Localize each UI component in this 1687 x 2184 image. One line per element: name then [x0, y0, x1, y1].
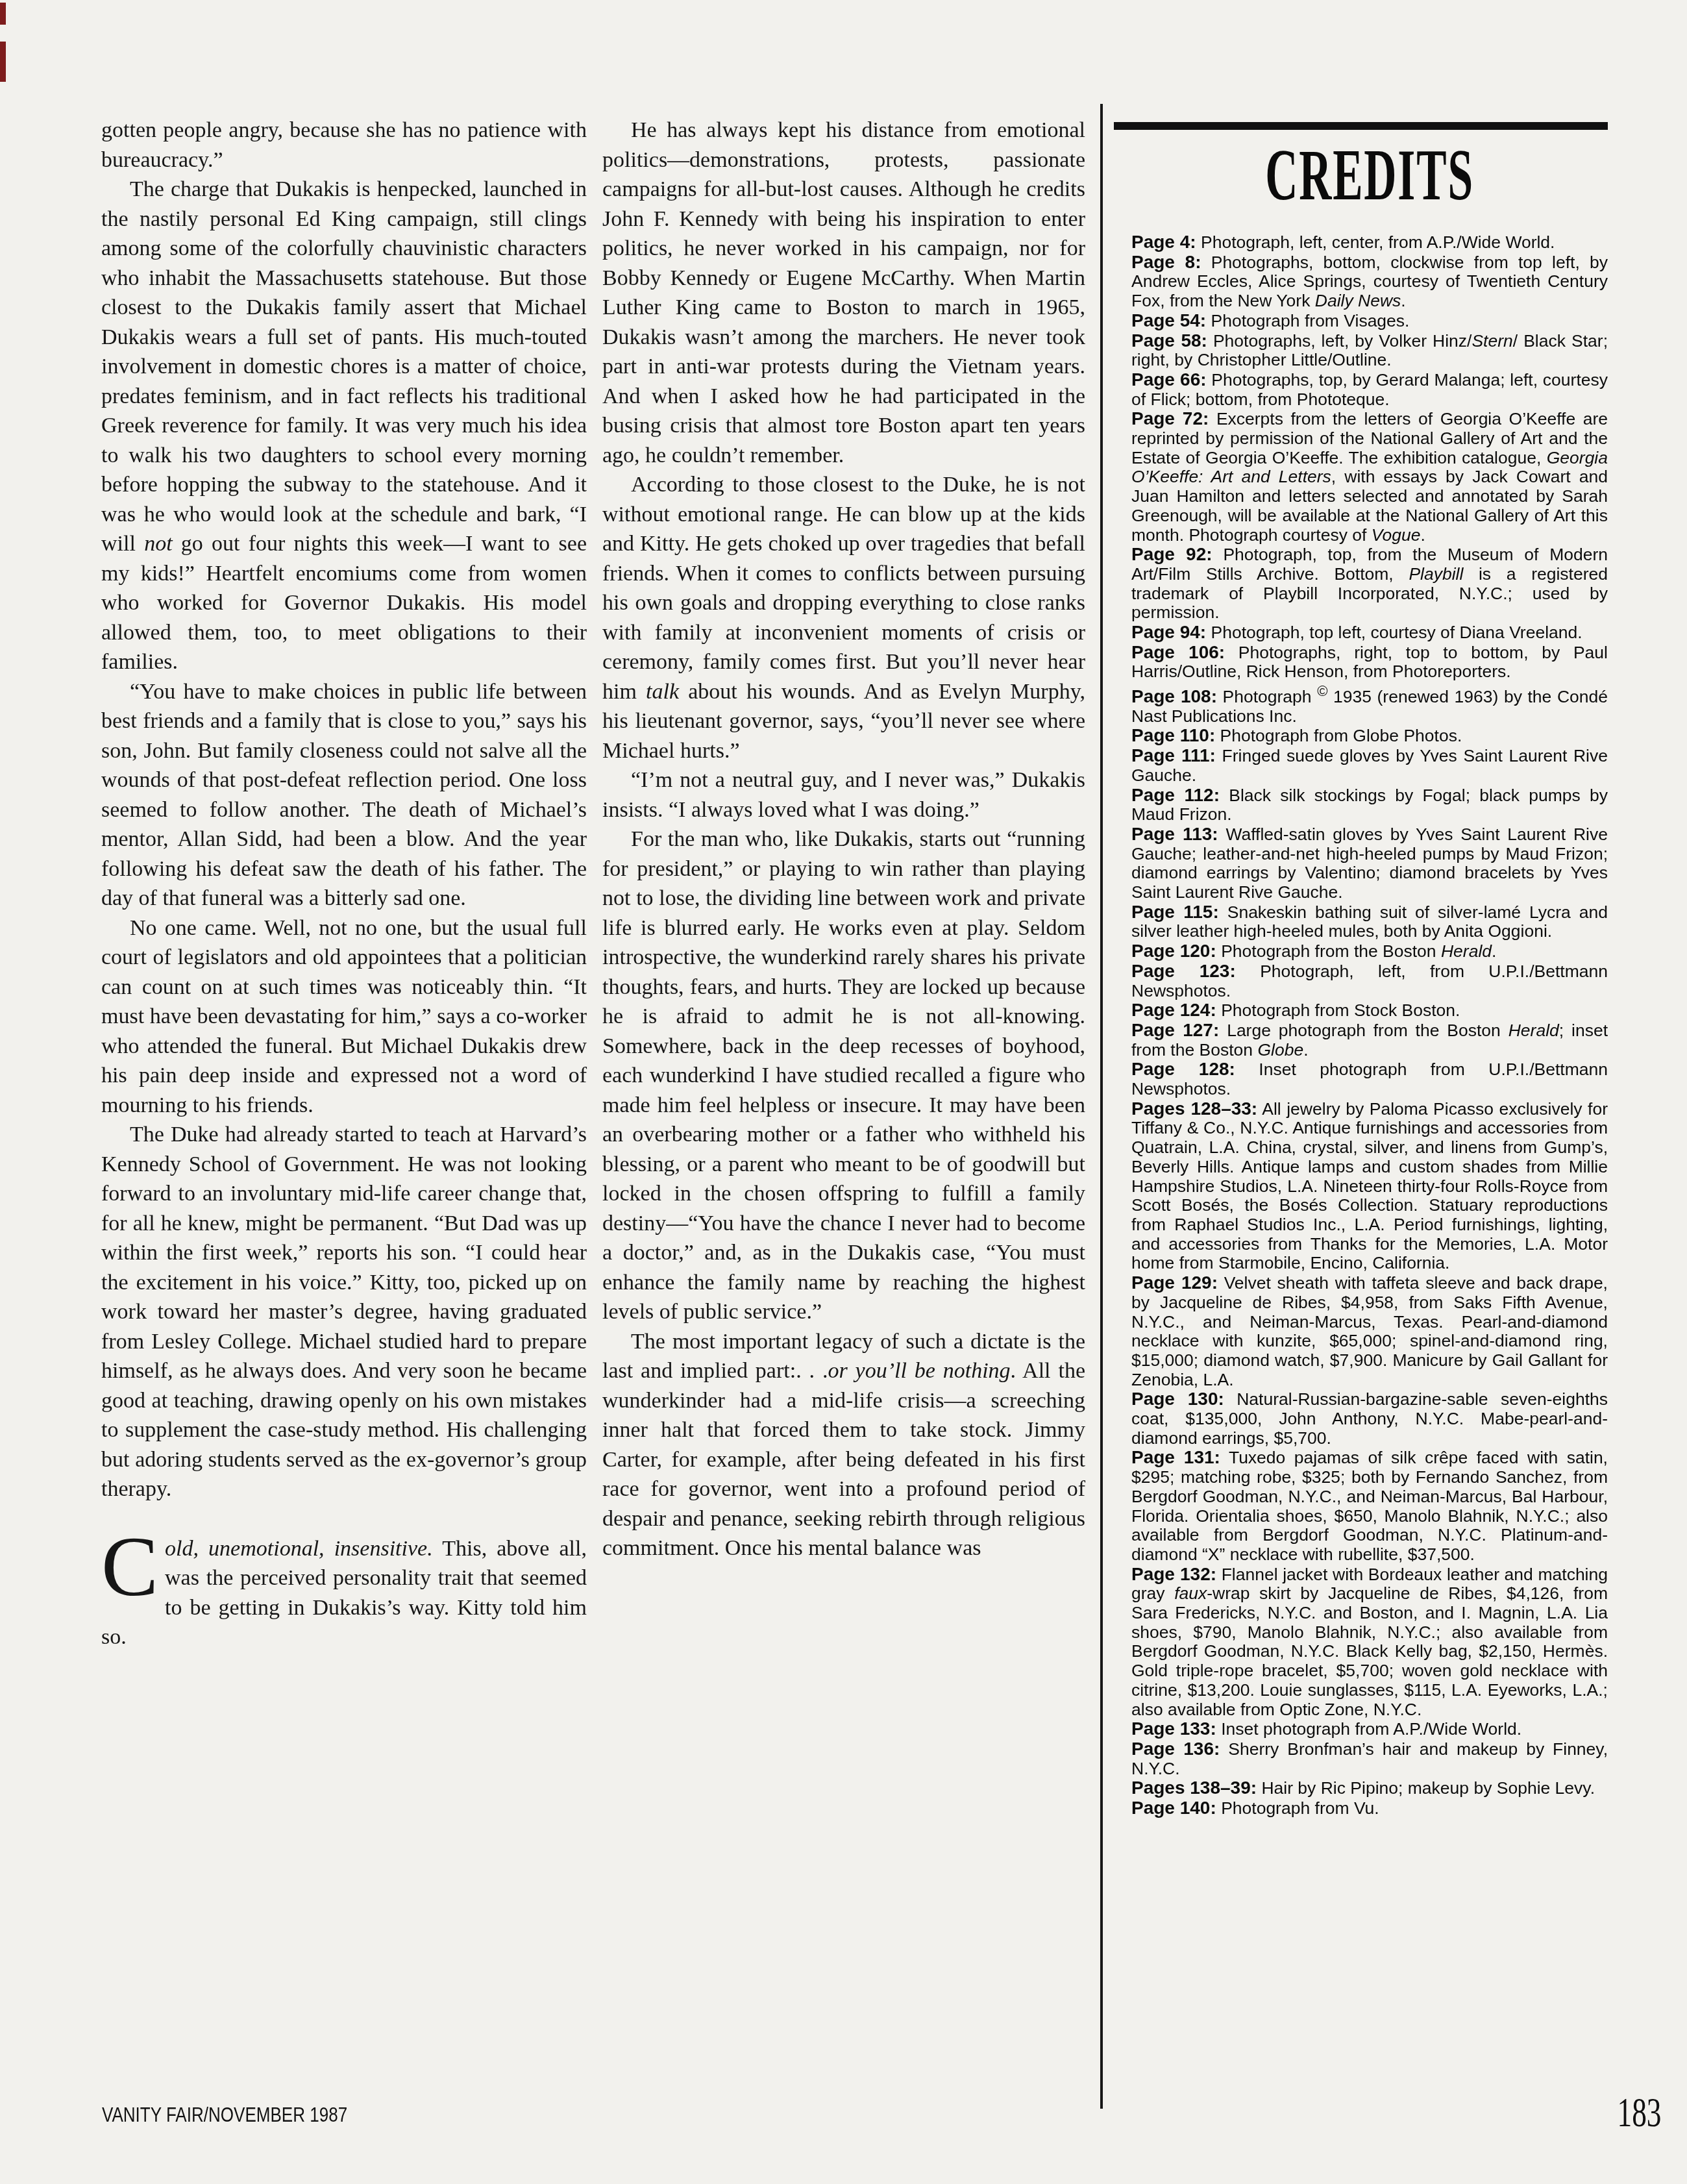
credit-text: Photograph, top left, courtesy of Diana … [1211, 623, 1582, 642]
credit-entry: Page 111: Fringed suede gloves by Yves S… [1131, 746, 1608, 785]
credit-entry: Page 133: Inset photograph from A.P./Wid… [1131, 1719, 1608, 1739]
article-paragraph: According to those closest to the Duke, … [602, 470, 1085, 765]
article-paragraph: The Duke had already started to teach at… [101, 1120, 587, 1504]
credit-page-label: Page 136: [1131, 1739, 1220, 1759]
page-number: 183 [1617, 2089, 1661, 2137]
credit-entry: Page 136: Sherry Bronfman’s hair and mak… [1131, 1739, 1608, 1778]
article-column-1: gotten people angry, because she has no … [101, 116, 587, 1652]
credit-page-label: Page 124: [1131, 1000, 1216, 1020]
credit-entry: Page 128: Inset photograph from U.P.I./B… [1131, 1060, 1608, 1098]
credits-title: CREDITS [1222, 138, 1517, 213]
credit-entry: Page 127: Large photograph from the Bost… [1131, 1021, 1608, 1060]
credit-entry: Page 106: Photographs, right, top to bot… [1131, 643, 1608, 682]
credits-column: CREDITS Page 4: Photograph, left, center… [1131, 134, 1608, 1818]
credit-entry: Page 4: Photograph, left, center, from A… [1131, 232, 1608, 253]
credit-text: Photographs, bottom, clockwise from top … [1131, 253, 1608, 310]
credit-entry: Page 115: Snakeskin bathing suit of silv… [1131, 902, 1608, 941]
credit-entry: Page 8: Photographs, bottom, clockwise f… [1131, 253, 1608, 311]
credit-entry: Page 140: Photograph from Vu. [1131, 1798, 1608, 1818]
credit-page-label: Page 72: [1131, 408, 1209, 428]
credit-text: Photograph from Visages. [1211, 311, 1410, 330]
credit-page-label: Page 108: [1131, 686, 1217, 706]
credit-page-label: Page 130: [1131, 1389, 1224, 1409]
credit-entry: Page 72: Excerpts from the letters of Ge… [1131, 409, 1608, 545]
credit-page-label: Page 4: [1131, 232, 1196, 252]
credit-page-label: Page 54: [1131, 310, 1206, 330]
article-paragraph: “You have to make choices in public life… [101, 677, 587, 913]
credit-entry: Page 132: Flannel jacket with Bordeaux l… [1131, 1565, 1608, 1720]
credit-page-label: Page 131: [1131, 1447, 1220, 1467]
credit-page-label: Page 111: [1131, 745, 1216, 765]
article-paragraph: Cold, unemotional, insensitive. This, ab… [101, 1534, 587, 1652]
article-paragraph: For the man who, like Dukakis, starts ou… [602, 825, 1085, 1327]
drop-cap: C [101, 1534, 165, 1596]
credit-text: Photograph from Vu. [1221, 1798, 1379, 1818]
credit-entry: Page 120: Photograph from the Boston Her… [1131, 941, 1608, 962]
article-paragraph: He has always kept his distance from emo… [602, 116, 1085, 470]
credit-text: Hair by Ric Pipino; makeup by Sophie Lev… [1261, 1778, 1595, 1798]
credit-page-label: Page 112: [1131, 785, 1220, 805]
credit-page-label: Page 92: [1131, 544, 1213, 564]
credit-page-label: Page 66: [1131, 369, 1207, 390]
credit-entry: Page 66: Photographs, top, by Gerard Mal… [1131, 370, 1608, 409]
credit-entry: Page 108: Photograph © 1935 (renewed 196… [1131, 682, 1608, 726]
credits-divider-rule [1100, 104, 1103, 2109]
credit-text: Photograph from the Boston Herald. [1221, 941, 1496, 961]
credit-text: All jewelry by Paloma Picasso exclusivel… [1131, 1099, 1608, 1273]
article-paragraph: The charge that Dukakis is henpecked, la… [101, 175, 587, 677]
credit-entry: Page 113: Waffled-satin gloves by Yves S… [1131, 825, 1608, 902]
credit-page-label: Page 94: [1131, 622, 1206, 642]
credits-list: Page 4: Photograph, left, center, from A… [1131, 232, 1608, 1818]
credit-page-label: Page 140: [1131, 1798, 1216, 1818]
article-paragraph: “I’m not a neutral guy, and I never was,… [602, 765, 1085, 825]
credit-page-label: Page 58: [1131, 330, 1207, 351]
credit-text: Photograph from Globe Photos. [1220, 726, 1462, 745]
credit-page-label: Page 8: [1131, 252, 1201, 272]
page-edge-mark [0, 3, 6, 25]
credit-entry: Page 129: Velvet sheath with taffeta sle… [1131, 1273, 1608, 1389]
credit-text: Inset photograph from A.P./Wide World. [1221, 1719, 1521, 1739]
credit-page-label: Pages 138–39: [1131, 1778, 1257, 1798]
credit-page-label: Page 115: [1131, 902, 1219, 922]
credit-page-label: Pages 128–33: [1131, 1098, 1257, 1119]
credit-entry: Page 131: Tuxedo pajamas of silk crêpe f… [1131, 1448, 1608, 1564]
credit-entry: Page 54: Photograph from Visages. [1131, 311, 1608, 331]
credit-page-label: Page 127: [1131, 1020, 1219, 1040]
credit-entry: Page 110: Photograph from Globe Photos. [1131, 726, 1608, 746]
credit-page-label: Page 106: [1131, 642, 1225, 662]
credit-entry: Pages 128–33: All jewelry by Paloma Pica… [1131, 1099, 1608, 1273]
credit-entry: Page 124: Photograph from Stock Boston. [1131, 1000, 1608, 1021]
credit-page-label: Page 132: [1131, 1564, 1216, 1584]
credit-page-label: Page 110: [1131, 725, 1215, 745]
credits-top-rule [1114, 122, 1608, 130]
credit-text: Photograph, left, center, from A.P./Wide… [1201, 232, 1555, 252]
credit-entry: Page 123: Photograph, left, from U.P.I./… [1131, 962, 1608, 1000]
page-edge-mark [0, 42, 6, 82]
credit-text: Excerpts from the letters of Georgia O’K… [1131, 409, 1608, 544]
credit-entry: Page 112: Black silk stockings by Fogal;… [1131, 786, 1608, 825]
credit-text: Photograph from Stock Boston. [1221, 1000, 1460, 1020]
article-column-2: He has always kept his distance from emo… [602, 116, 1085, 1563]
article-paragraph: gotten people angry, because she has no … [101, 116, 587, 175]
credit-page-label: Page 129: [1131, 1272, 1218, 1293]
credit-page-label: Page 113: [1131, 824, 1218, 844]
credit-entry: Page 58: Photographs, left, by Volker Hi… [1131, 331, 1608, 370]
article-paragraph: The most important legacy of such a dict… [602, 1327, 1085, 1563]
credit-entry: Page 94: Photograph, top left, courtesy … [1131, 623, 1608, 643]
credit-page-label: Page 128: [1131, 1059, 1235, 1079]
magazine-footer: VANITY FAIR/NOVEMBER 1987 [102, 2103, 347, 2127]
credit-page-label: Page 120: [1131, 941, 1216, 961]
credit-entry: Pages 138–39: Hair by Ric Pipino; makeup… [1131, 1778, 1608, 1798]
credit-page-label: Page 133: [1131, 1719, 1216, 1739]
article-paragraph: No one came. Well, not no one, but the u… [101, 913, 587, 1121]
credit-text: Flannel jacket with Bordeaux leather and… [1131, 1565, 1608, 1719]
credit-entry: Page 92: Photograph, top, from the Museu… [1131, 545, 1608, 623]
magazine-page: gotten people angry, because she has no … [0, 0, 1687, 2184]
credit-entry: Page 130: Natural-Russian-bargazine-sabl… [1131, 1389, 1608, 1448]
credit-page-label: Page 123: [1131, 961, 1236, 981]
